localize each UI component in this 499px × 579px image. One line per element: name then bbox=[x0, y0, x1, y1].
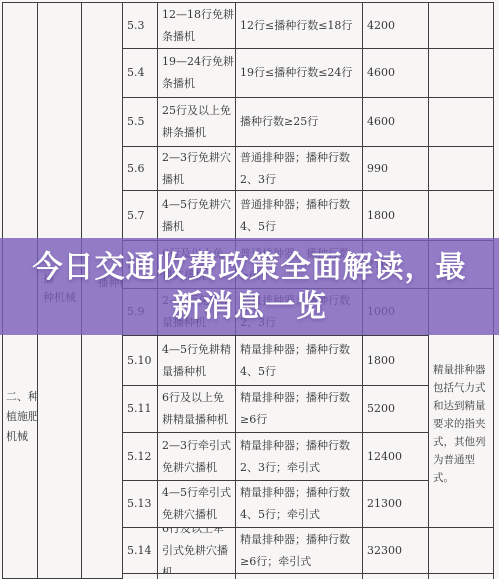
row-name: 25行及以上免耕条播机 bbox=[158, 98, 236, 147]
row-value: 4600 bbox=[363, 98, 429, 147]
row-value: 1800 bbox=[363, 336, 429, 386]
row-spec-text: 19行≤播种行数≤24行 bbox=[240, 62, 361, 84]
row-name-text: 4—5行免耕穴播机 bbox=[162, 194, 234, 238]
row-no: 5.13 bbox=[123, 481, 158, 528]
row-spec-text: 普通排种器；播种行数4、5行 bbox=[240, 194, 361, 238]
news-banner-headline: 今日交通收费政策全面解读，最 新消息一览 bbox=[33, 248, 467, 326]
row-spec: 精量排种器；播种行数2、3行；牵引式 bbox=[236, 433, 363, 481]
row-value-text: 21300 bbox=[367, 493, 428, 515]
cutoff-cell bbox=[363, 574, 429, 579]
row-name-text: 4—5行牵引式免耕穴播机 bbox=[162, 482, 234, 526]
row-name: 12—18行免耕条播机 bbox=[158, 3, 236, 49]
row-value: 1800 bbox=[363, 191, 429, 241]
row-spec: 精量排种器；播种行数≥6行 bbox=[236, 386, 363, 433]
row-name-text: 19—24行免耕条播机 bbox=[162, 51, 234, 95]
row-value-text: 12400 bbox=[367, 446, 428, 468]
row-name: 19—24行免耕条播机 bbox=[158, 49, 236, 98]
cutoff-cell bbox=[123, 574, 158, 579]
row-remark-empty bbox=[429, 3, 494, 49]
row-no: 5.11 bbox=[123, 386, 158, 433]
row-spec: 精量排种器；播种行数≥6行；牵引式 bbox=[236, 528, 363, 574]
row-no-text: 5.11 bbox=[127, 398, 157, 420]
row-remark-empty bbox=[429, 191, 494, 241]
row-value: 4200 bbox=[363, 3, 429, 49]
row-no-text: 5.3 bbox=[127, 15, 157, 37]
row-spec-text: 精量排种器；播种行数2、3行；牵引式 bbox=[240, 435, 361, 479]
row-no-text: 5.14 bbox=[127, 540, 157, 562]
row-spec: 精量排种器；播种行数4、5行 bbox=[236, 336, 363, 386]
row-no-text: 5.6 bbox=[127, 158, 157, 180]
row-name-text: 2—3行牵引式免耕穴播机 bbox=[162, 435, 234, 479]
row-spec-text: 12行≤播种行数≤18行 bbox=[240, 15, 361, 37]
row-remark-empty bbox=[429, 98, 494, 147]
row-name-text: 12—18行免耕条播机 bbox=[162, 4, 234, 48]
row-no: 5.10 bbox=[123, 336, 158, 386]
row-value-text: 4600 bbox=[367, 62, 428, 84]
row-value: 32300 bbox=[363, 528, 429, 574]
row-value-text: 1800 bbox=[367, 205, 428, 227]
row-no-text: 5.4 bbox=[127, 62, 157, 84]
row-name: 4—5行牵引式免耕穴播机 bbox=[158, 481, 236, 528]
row-no: 5.7 bbox=[123, 191, 158, 241]
row-remark-empty bbox=[429, 49, 494, 98]
row-name-text: 2—3行免耕穴播机 bbox=[162, 147, 234, 191]
row-no: 5.3 bbox=[123, 3, 158, 49]
cutoff-cell bbox=[236, 574, 363, 579]
remark-note-text: 精量排种器包括气力式和达到精量要求的指夹式，其他列为普通型式。 bbox=[433, 361, 492, 487]
row-value-text: 32300 bbox=[367, 540, 428, 562]
row-spec: 普通排种器；播种行数4、5行 bbox=[236, 191, 363, 241]
row-name: 2—3行免耕穴播机 bbox=[158, 147, 236, 191]
row-spec: 精量排种器；播种行数4、5行；牵引式 bbox=[236, 481, 363, 528]
row-value-text: 4600 bbox=[367, 111, 428, 133]
row-name: 4—5行免耕穴播机 bbox=[158, 191, 236, 241]
category-label: 二、种植施肥机械 bbox=[6, 387, 38, 447]
row-value: 5200 bbox=[363, 386, 429, 433]
row-no: 5.5 bbox=[123, 98, 158, 147]
row-no: 5.14 bbox=[123, 528, 158, 574]
row-spec: 19行≤播种行数≤24行 bbox=[236, 49, 363, 98]
row-value: 21300 bbox=[363, 481, 429, 528]
row-spec-text: 精量排种器；播种行数≥6行；牵引式 bbox=[240, 529, 361, 573]
row-spec-text: 精量排种器；播种行数4、5行；牵引式 bbox=[240, 482, 361, 526]
row-name-text: 25行及以上免耕条播机 bbox=[162, 100, 234, 144]
row-no: 5.12 bbox=[123, 433, 158, 481]
row-spec-text: 精量排种器；播种行数4、5行 bbox=[240, 339, 361, 383]
row-value-text: 990 bbox=[367, 158, 428, 180]
row-no-text: 5.12 bbox=[127, 446, 157, 468]
row-no-text: 5.13 bbox=[127, 493, 157, 515]
row-name-text: 4—5行免耕精量播种机 bbox=[162, 339, 234, 383]
row-remark-empty bbox=[429, 528, 494, 574]
row-value: 12400 bbox=[363, 433, 429, 481]
row-spec: 普通排种器；播种行数2、3行 bbox=[236, 147, 363, 191]
row-name-text: 6行及以上牵引式免耕穴播机 bbox=[162, 528, 234, 574]
row-value: 4600 bbox=[363, 49, 429, 98]
screenshot-stage: 二、种植施肥机械 播 种机械 播种机 5.3 12—18行免耕条播机 12行≤播… bbox=[0, 0, 499, 579]
cutoff-cell bbox=[429, 574, 494, 579]
row-name: 2—3行牵引式免耕穴播机 bbox=[158, 433, 236, 481]
row-no-text: 5.7 bbox=[127, 205, 157, 227]
news-banner[interactable]: 今日交通收费政策全面解读，最 新消息一览 bbox=[0, 238, 499, 335]
cutoff-cell bbox=[158, 574, 236, 579]
row-spec-text: 播种行数≥25行 bbox=[240, 111, 361, 133]
row-value-text: 4200 bbox=[367, 15, 428, 37]
row-spec-text: 普通排种器；播种行数2、3行 bbox=[240, 147, 361, 191]
row-spec: 播种行数≥25行 bbox=[236, 98, 363, 147]
row-no: 5.4 bbox=[123, 49, 158, 98]
row-no: 5.6 bbox=[123, 147, 158, 191]
row-name: 4—5行免耕精量播种机 bbox=[158, 336, 236, 386]
row-name-text: 6行及以上免耕精量播种机 bbox=[162, 387, 234, 431]
row-value-text: 1800 bbox=[367, 350, 428, 372]
row-name: 6行及以上牵引式免耕穴播机 bbox=[158, 528, 236, 574]
row-no-text: 5.5 bbox=[127, 111, 157, 133]
row-no-text: 5.10 bbox=[127, 350, 157, 372]
row-name: 6行及以上免耕精量播种机 bbox=[158, 386, 236, 433]
row-spec-text: 精量排种器；播种行数≥6行 bbox=[240, 387, 361, 431]
row-spec: 12行≤播种行数≤18行 bbox=[236, 3, 363, 49]
row-value-text: 5200 bbox=[367, 398, 428, 420]
row-value: 990 bbox=[363, 147, 429, 191]
row-remark-empty bbox=[429, 147, 494, 191]
